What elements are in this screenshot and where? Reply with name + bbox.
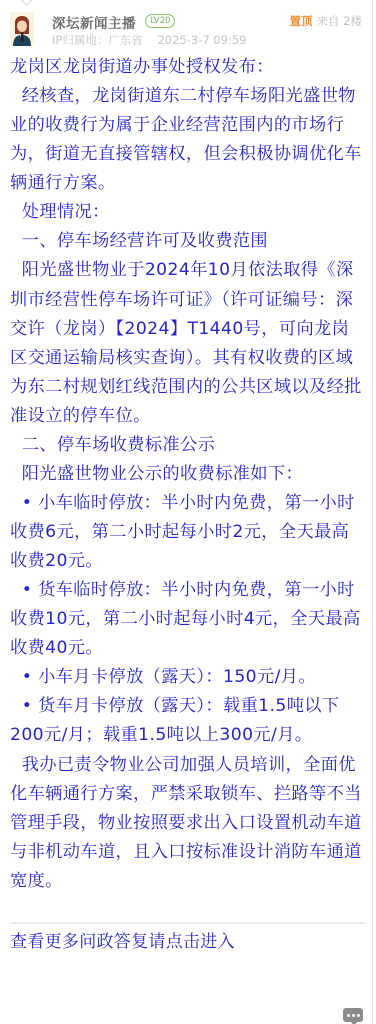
avatar[interactable] <box>10 12 34 46</box>
post-timestamp: 2025-3-7 09:59 <box>157 33 246 47</box>
anchor-avatar-icon <box>10 12 34 46</box>
chat-dot <box>357 1014 360 1017</box>
post-body: 龙岗区龙岗街道办事处授权发布： 经核查，龙岗街道东二村停车场阳光盛世物业的收费行… <box>10 53 366 896</box>
body-heading: 处理情况： <box>10 198 366 227</box>
post-floor-info: 置顶来自 2楼 <box>290 13 362 29</box>
chat-dot <box>347 1014 350 1017</box>
popover-notch <box>22 0 32 5</box>
chat-bubble-icon[interactable] <box>343 1008 363 1022</box>
ip-location: IP归属地：广东省 <box>52 33 143 47</box>
body-paragraph: 阳光盛世物业于2024年10月依法取得《深圳市经营性停车场许可证》（许可证编号：… <box>10 256 366 430</box>
level-badge: LV20 <box>145 14 175 28</box>
body-heading: 二、停车场收费标准公示 <box>10 431 366 460</box>
fee-item: • 小车月卡停放（露天）：150元/月。 <box>10 663 366 692</box>
post-header: 深坛新闻主播 LV20 IP归属地：广东省 2025-3-7 09:59 置顶来… <box>0 8 372 48</box>
post-meta: IP归属地：广东省 2025-3-7 09:59 <box>52 32 246 48</box>
body-paragraph: 阳光盛世物业公示的收费标准如下： <box>10 460 366 489</box>
scroll-edge <box>372 0 373 1024</box>
body-paragraph: 经核查，龙岗街道东二村停车场阳光盛世物业的收费行为属于企业经营范围内的市场行为，… <box>10 82 366 198</box>
divider <box>10 922 366 924</box>
pinned-label: 置顶 <box>290 14 313 28</box>
body-heading: 一、停车场经营许可及收费范围 <box>10 227 366 256</box>
floor-source[interactable]: 来自 2楼 <box>317 14 362 28</box>
more-replies-link[interactable]: 查看更多问政答复请点击进入 <box>10 930 235 954</box>
fee-item: • 货车临时停放：半小时内免费，第一小时收费10元，第二小时起每小时4元，全天最… <box>10 576 366 663</box>
chat-dot <box>352 1014 355 1017</box>
body-paragraph: 我办已责令物业公司加强人员培训，全面优化车辆通行方案，严禁采取锁车、拦路等不当管… <box>10 751 366 896</box>
fee-item: • 小车临时停放：半小时内免费，第一小时收费6元，第二小时起每小时2元，全天最高… <box>10 489 366 576</box>
body-title: 龙岗区龙岗街道办事处授权发布： <box>10 53 366 82</box>
author-name[interactable]: 深坛新闻主播 <box>52 12 136 32</box>
fee-item: • 货车月卡停放（露天）：载重1.5吨以下200元/月；载重1.5吨以上300元… <box>10 692 366 750</box>
